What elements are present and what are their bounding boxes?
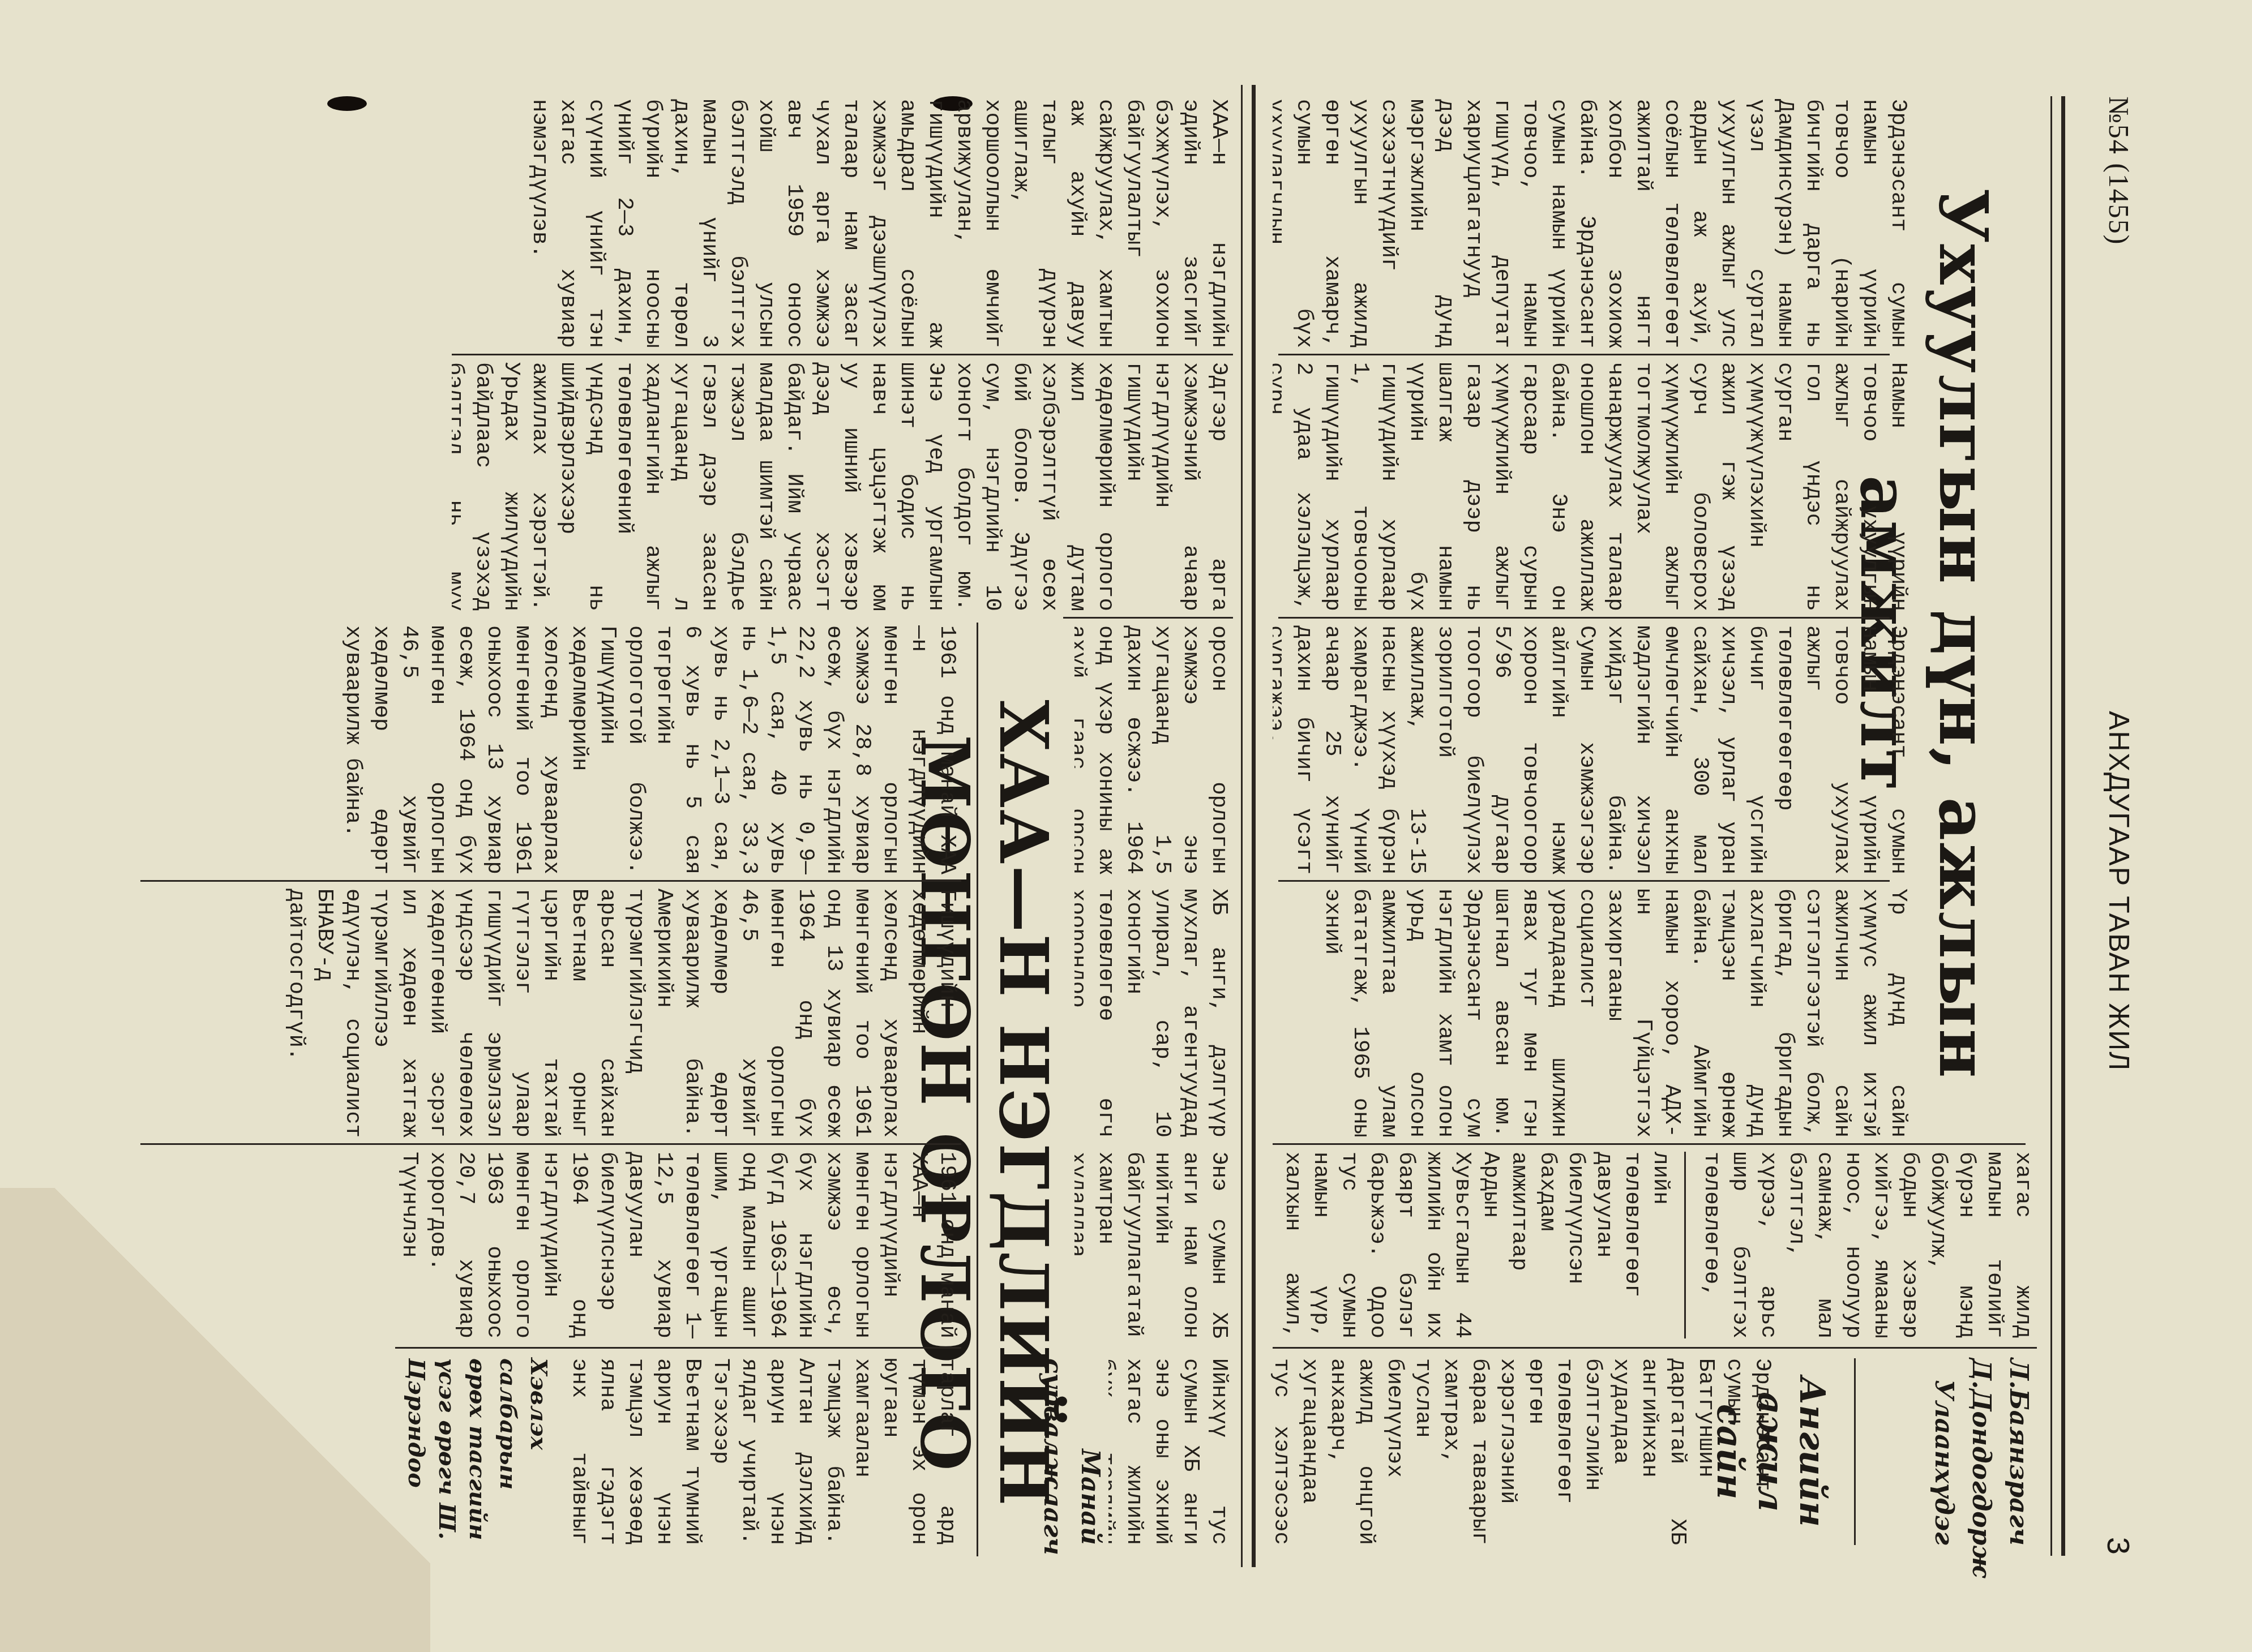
section-divider (977, 623, 978, 1556)
signature-3: Улаанхүдэг (1925, 1358, 1962, 1545)
section-divider (1854, 1358, 1856, 1545)
khaa-footnote: Хэвлэх салбарын өрөх тасгийн үсэг өрөгч … (401, 1358, 554, 1545)
column-divider (140, 1143, 961, 1145)
khaa-col-4: тарлаг ард түмэн эх орон юугаан хамгаала… (565, 1358, 961, 1545)
main-col-6: лийн төлөвлөгөөг давуулан биелүүлсэн бах… (1278, 1152, 1675, 1338)
masthead: №54 (1455) АНХДУГААР ТАВАН ЖИЛ 3 (2071, 96, 2167, 1556)
middle-rule (1241, 85, 1256, 1567)
section-title: АНХДУГААР ТАВАН ЖИЛ (2103, 711, 2135, 1071)
anguud-col-1: Эрдэнэсант сумын Батгуншин даргатай ХБ а… (1267, 1358, 1776, 1545)
main-col-5: хагас жилд малын төлийг бүрэн мэнд бойжу… (1697, 1152, 2037, 1338)
column-divider (140, 880, 961, 882)
anguud-col-4: Ийнхүү тус сумын ХБ анги энэ оны эхний х… (1108, 1358, 1233, 1545)
column-divider (1278, 354, 1890, 355)
main-col-1: Эрдэнэсант сумын намын үүрийн товчоо (на… (1273, 99, 1912, 348)
column-divider (452, 354, 1233, 355)
punch-hole (327, 96, 367, 111)
column-divider (395, 1347, 961, 1349)
left-col-3: орсон орлогын хэмжээ энэ хугацаанд 1,5 д… (1074, 625, 1233, 874)
khaa-col-1: 1961 онд манай ХАА—н нэгдлүүдийн мөнгөн … (140, 625, 961, 874)
newspaper-page: №54 (1455) АНХДУГААР ТАВАН ЖИЛ 3 Ухуулгы… (0, 0, 2252, 1652)
column-divider (1278, 880, 1890, 882)
main-col-3: Эрдэнэсант сумын намын үүрийн товчоо уху… (1273, 625, 1912, 874)
main-col-2: Намын үүрийн товчоо ухуулгын ажлыг сайжр… (1273, 362, 1912, 611)
page-number: 3 (2101, 1537, 2138, 1556)
khaa-col-3: 1961 онд манай ХАА—н нэгдлүүдийн мөнгөн … (395, 1152, 961, 1338)
left-col-2: Эдгээр арга хэмжээний ачаар нэгдлүүдийн … (452, 362, 1233, 611)
column-divider (1063, 617, 1233, 619)
anguud-col-3: Энэ сумын ХБ анги нам олон нийтийн байгу… (1074, 1152, 1233, 1338)
issue-number: №54 (1455) (2103, 96, 2135, 246)
left-col-1: ХАА—н нэгдлийн эдийн засгийг бэхжүүлэх, … (452, 99, 1233, 348)
torn-corner (0, 1188, 430, 1652)
anguud-col-2: ХБ анги, дэлгүүр мухлаг, агентуудад улир… (1074, 889, 1233, 1138)
khaa-col-2: Гишүүдийн хөдөлмөрийн хөлсөнд хуваарлах … (140, 889, 961, 1138)
signature-2: Д.Дондогдорж (1962, 1358, 2000, 1545)
signature-1: Л.Баянзрагч (2000, 1358, 2037, 1545)
header-rule (2050, 96, 2065, 1556)
column-divider (1273, 1143, 2026, 1145)
section-divider (1684, 1152, 1686, 1338)
main-col-4: Үр дүнд сайн хүмүүс ажил ихтэй ажилчин с… (1273, 889, 1912, 1138)
signature-block: Л.Баянзрагч Д.Дондогдорж Улаанхүдэг (1925, 1358, 2037, 1545)
column-divider (1273, 1347, 2037, 1349)
column-divider (1278, 617, 1890, 619)
